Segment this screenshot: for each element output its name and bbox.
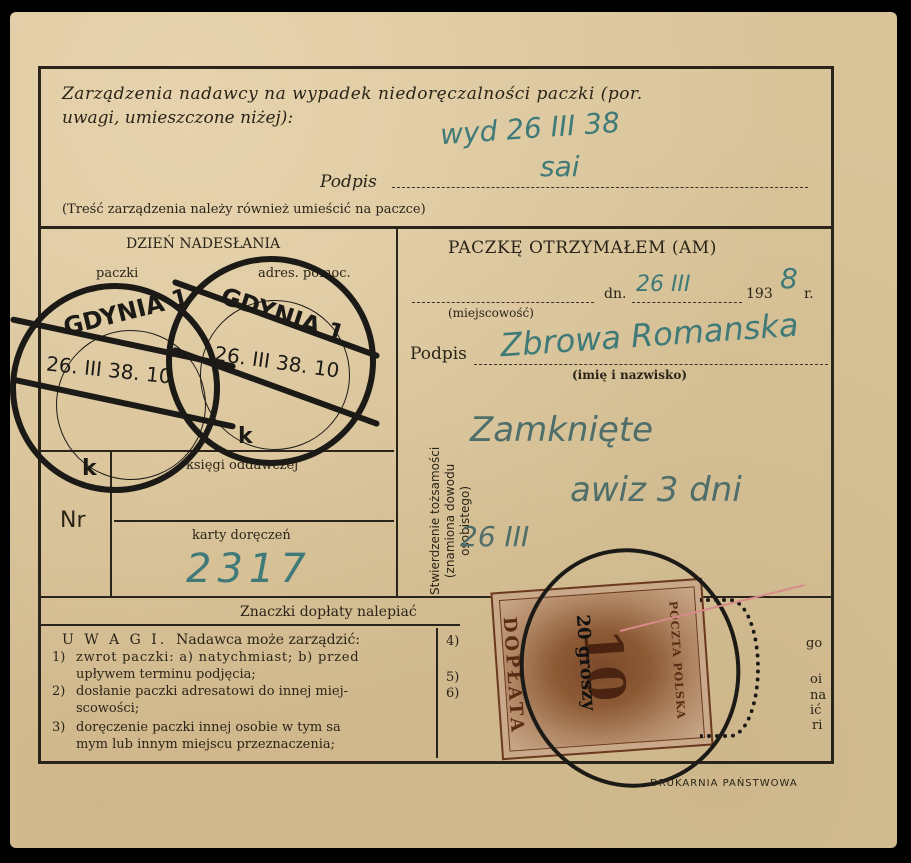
label-nr: Nr xyxy=(60,508,86,533)
divider-notes-col xyxy=(436,628,438,758)
note-num-6: 6) xyxy=(446,686,459,701)
label-year-suffix: r. xyxy=(804,286,814,302)
note-fragment-oi: oi xyxy=(810,672,822,687)
handwritten-note-awiz: awiz 3 dni xyxy=(570,470,742,510)
note-fragment-ri: ri xyxy=(812,718,822,733)
handwritten-note-zamkniete: Zamknięte xyxy=(470,410,653,450)
podpis-label-receipt: Podpis xyxy=(410,344,467,364)
sender-instructions-footnote: (Treść zarządzenia należy również umieśc… xyxy=(62,202,426,217)
label-dn: dn. xyxy=(604,286,626,302)
sender-instructions-heading-line2: uwagi, umieszczone niżej): xyxy=(62,108,293,128)
divider-left-right xyxy=(396,226,398,598)
sent-date-heading: DZIEŃ NADESŁANIA xyxy=(126,236,280,252)
handwritten-signature-top: sai xyxy=(540,150,580,183)
receipt-heading: PACZKĘ OTRZYMAŁEM (AM) xyxy=(448,238,717,258)
note-fragment-ic: ić xyxy=(810,703,821,718)
signature-line-top xyxy=(392,187,808,188)
note-fragment-na: na xyxy=(810,688,826,703)
note-num-4: 4) xyxy=(446,634,459,649)
sender-instructions-heading: Zarządzenia nadawcy na wypadek niedoręcz… xyxy=(62,84,643,104)
handwritten-year: 8 xyxy=(780,262,798,295)
date-line xyxy=(632,302,742,303)
handwritten-delivery-nr: 2317 xyxy=(186,546,312,592)
label-miejscowosc: (miejscowość) xyxy=(448,306,534,320)
notes-heading: U W A G I. Nadawca może zarządzić: xyxy=(62,632,360,648)
divider-delivery-card xyxy=(114,520,394,522)
divider-notes xyxy=(40,624,460,626)
handwritten-date: 26 III xyxy=(636,272,690,297)
handwritten-note-date: 26 III xyxy=(460,520,529,553)
label-karty-doreczen: karty doręczeń xyxy=(192,528,291,543)
divider-1 xyxy=(38,226,834,229)
podpis-label-top: Podpis xyxy=(320,172,377,192)
printer-label: DRUKARNIA PAŃSTWOWA xyxy=(650,778,798,789)
note-num-5: 5) xyxy=(446,670,459,685)
postage-due-label: Znaczki dopłaty nalepiać xyxy=(240,604,417,620)
label-paczki: paczki xyxy=(96,266,138,281)
label-imie-nazwisko: (imię i nazwisko) xyxy=(572,368,687,382)
note-fragment-go: go xyxy=(806,636,822,651)
signature-line-receipt xyxy=(474,364,828,365)
place-line xyxy=(412,302,594,303)
label-year-prefix: 193 xyxy=(746,286,773,302)
